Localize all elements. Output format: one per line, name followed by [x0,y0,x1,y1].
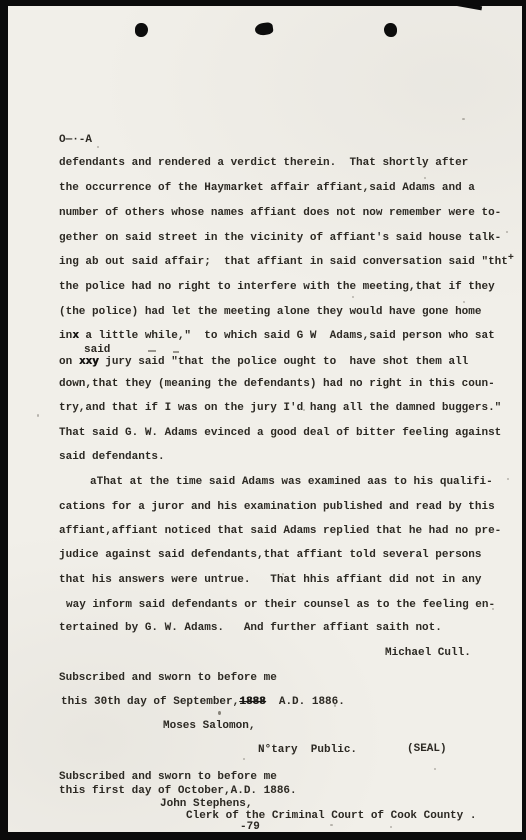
scanned-affidavit-page: O—·-A defendants and rendered a verdict … [0,0,526,840]
seal-note: (SEAL) [407,743,447,756]
jurat-date-line: this first day of October,A.D. 1886. [59,785,297,798]
typed-line: said defendants. [59,451,165,464]
typed-text: A.D. 1886. [266,696,345,708]
noise-speck [462,118,465,120]
typed-line: down,that they (meaning the defendants) … [59,378,495,391]
typed-text: this 30th day of September, [61,696,239,708]
caret-mark [173,351,179,353]
scan-edge-top [0,0,526,6]
typed-text: a little while," to which said G W Adams… [79,330,495,342]
typed-line: the police had no right to interfere wit… [59,281,495,294]
noise-speck [37,414,39,417]
noise-speck [330,824,333,826]
typed-line: affiant,affiant noticed that said Adams … [59,525,501,538]
struck-out-word: xxy [79,356,99,368]
ink-dot [384,23,397,37]
noise-speck [97,699,99,701]
ink-dot [254,22,273,36]
typed-text: in [59,330,72,342]
notary-title: N°tary Public. [258,744,357,757]
scan-edge-bottom [0,832,526,840]
clerk-title: Clerk of the Criminal Court of Cook Coun… [186,810,476,823]
noise-speck [506,231,508,233]
struck-out-year: 1888 [239,696,265,708]
typed-line: aThat at the time said Adams was examine… [90,476,493,489]
filing-mark: O—·-A [59,134,92,147]
typed-line: way inform said defendants or their coun… [66,599,495,612]
typed-line: inx a little while," to which said G W A… [59,330,495,343]
caret-mark [148,350,156,352]
typed-line: number of others whose names affiant doe… [59,207,501,220]
typed-line: gether on said street in the vicinity of… [59,232,501,245]
noise-speck [463,301,465,303]
page-number: -79 [240,821,260,834]
noise-speck [218,711,221,715]
noise-speck [434,768,436,770]
jurat-date-line: this 30th day of September,1888 A.D. 188… [61,696,345,709]
jurat-line: Subscribed and sworn to before me [59,771,277,784]
noise-speck [507,478,509,480]
overstrike-plus: + [508,252,514,265]
noise-speck [390,826,392,828]
noise-speck [352,296,354,298]
noise-speck [444,598,446,600]
typed-line: (the police) had let the meeting alone t… [59,306,481,319]
typed-text: jury said "that the police ought to have… [99,356,469,368]
typed-line: on xxy jury said "that the police ought … [59,356,468,369]
typed-line: tertained by G. W. Adams. And further af… [59,622,442,635]
typed-text: on [59,356,79,368]
typed-line: judice against said defendants,that affi… [59,549,481,562]
noise-speck [97,146,99,148]
typed-line: that his answers were untrue. That hhis … [59,574,481,587]
typed-line: cations for a juror and his examination … [59,501,495,514]
noise-speck [334,704,336,707]
typed-text: ing ab out said affair; that affiant in … [59,256,508,268]
noise-speck [243,758,245,760]
typed-line: try,and that if I was on the jury I'd ha… [59,402,501,415]
ink-dot [135,23,148,37]
noise-speck [282,573,284,575]
typed-line: defendants and rendered a verdict therei… [59,157,468,170]
typed-line: ing ab out said affair; that affiant in … [59,256,514,269]
jurat-line: Subscribed and sworn to before me [59,672,277,685]
noise-speck [303,409,305,411]
typed-line: the occurrence of the Haymarket affair a… [59,182,475,195]
signature-name: Michael Cull. [385,647,471,660]
noise-speck [193,529,195,531]
scan-edge-right [522,0,526,840]
noise-speck [424,177,426,179]
noise-speck [492,608,494,610]
notary-name: Moses Salomon, [163,720,255,733]
scan-edge-left [0,0,8,840]
overstruck-char: x [72,330,79,342]
typed-line: That said G. W. Adams evinced a good dea… [59,427,501,440]
